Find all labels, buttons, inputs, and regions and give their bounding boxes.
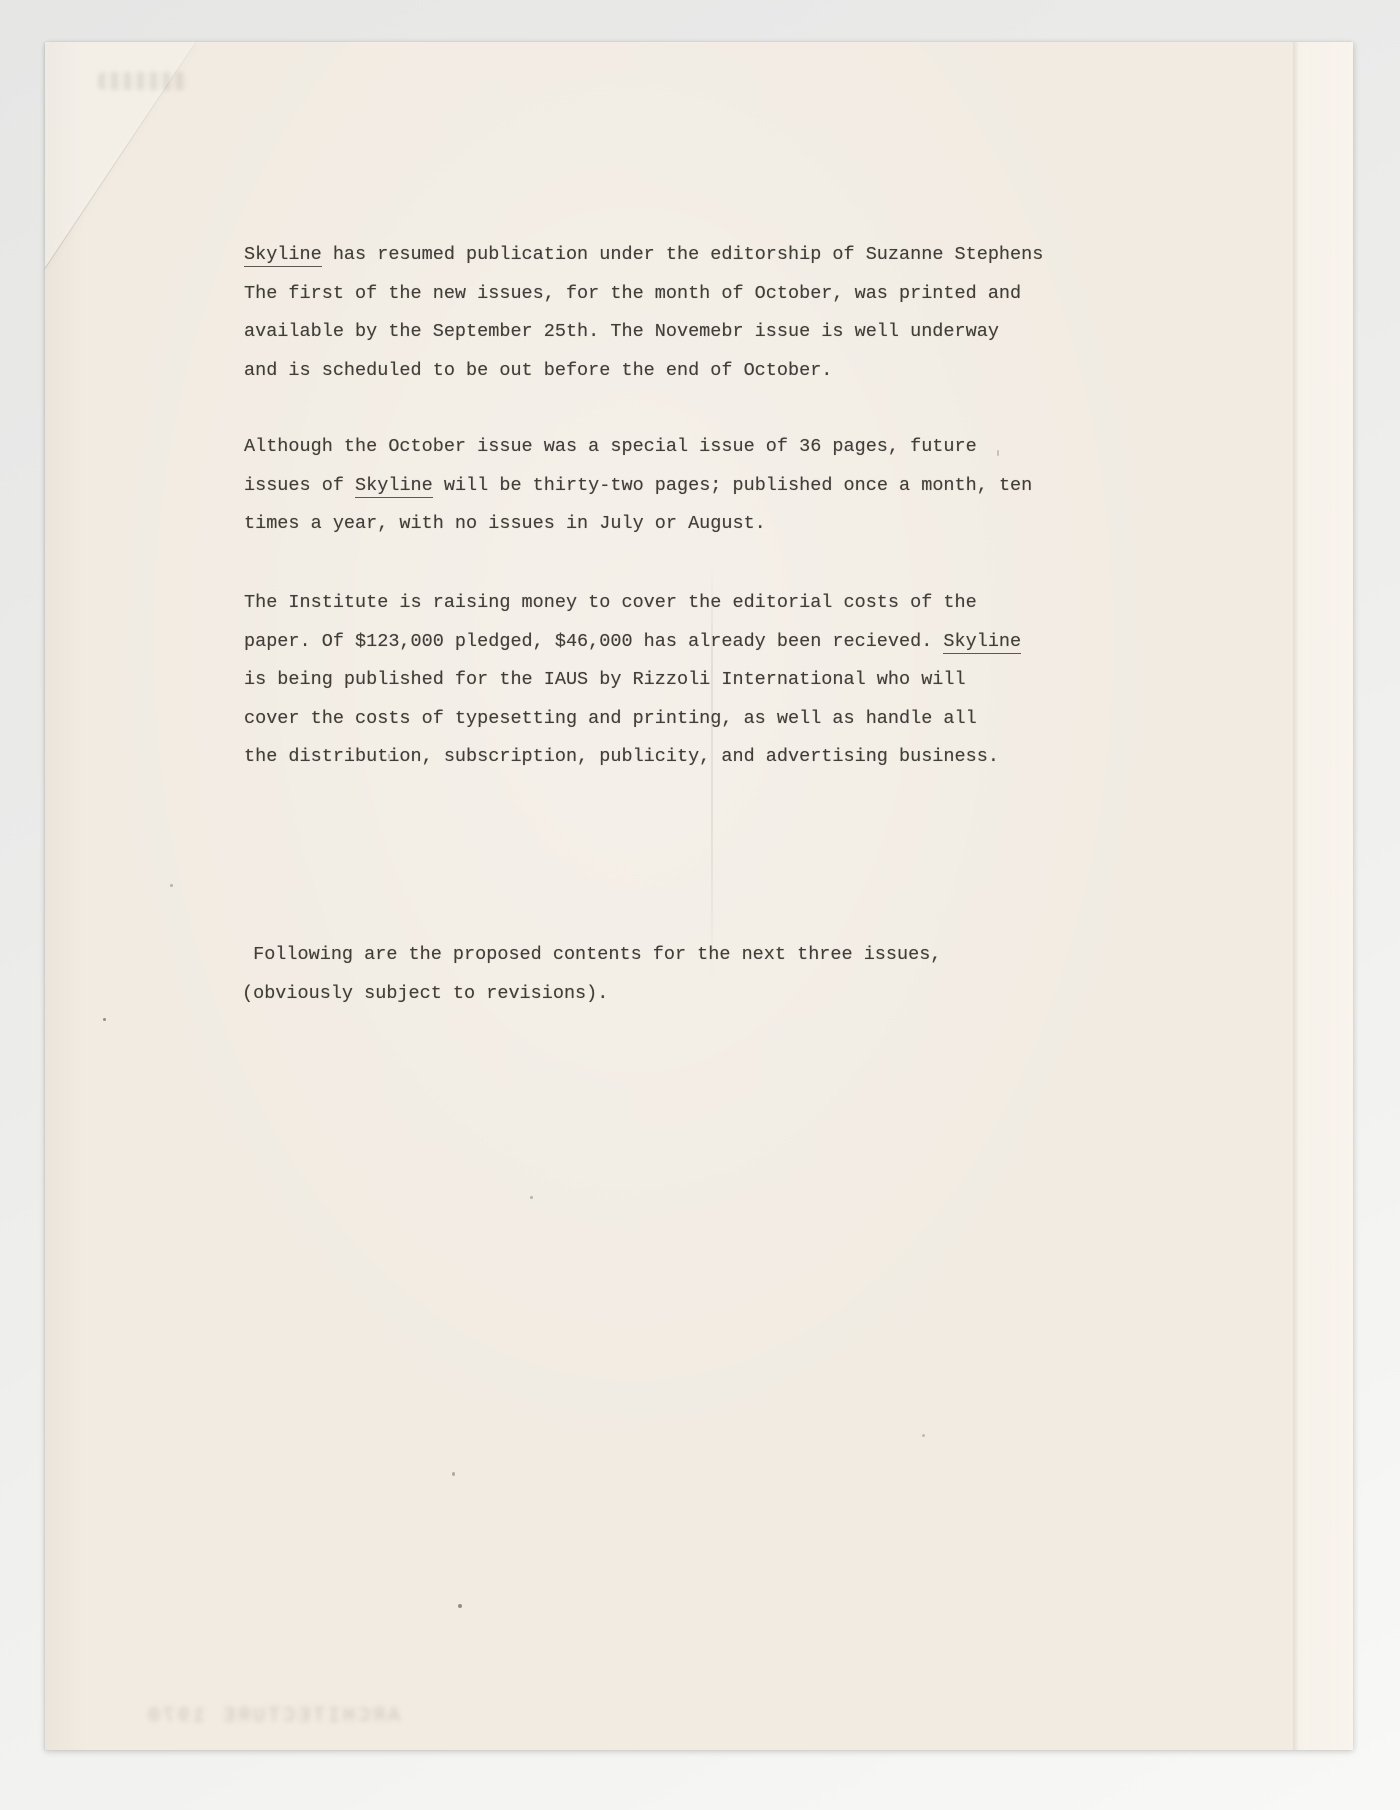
paragraph-4: Following are the proposed contents for … <box>242 936 941 1013</box>
paragraph-3: The Institute is raising money to cover … <box>244 584 1021 777</box>
paper-speck <box>103 1018 106 1021</box>
paper-speck <box>922 1434 925 1437</box>
text-line: (obviously subject to revisions). <box>242 975 941 1014</box>
text-line: times a year, with no issues in July or … <box>244 505 1032 544</box>
paragraph-1: Skyline has resumed publication under th… <box>244 236 1043 390</box>
text-line: available by the September 25th. The Nov… <box>244 313 1043 352</box>
text-line: Skyline has resumed publication under th… <box>244 236 1043 275</box>
text-line: is being published for the IAUS by Rizzo… <box>244 661 1021 700</box>
text-line: the distribution, subscription, publicit… <box>244 738 1021 777</box>
text-line: Following are the proposed contents for … <box>242 936 941 975</box>
underlined-title: Skyline <box>943 631 1021 654</box>
scan-background: { "colors": { "paper": "#f1ebe2", "ink":… <box>0 0 1400 1810</box>
paper-speck <box>452 1472 455 1476</box>
text-line: issues of Skyline will be thirty-two pag… <box>244 467 1032 506</box>
paragraph-2: Although the October issue was a special… <box>244 428 1032 544</box>
paper-speck <box>530 1196 533 1199</box>
bleedthrough-text: ARCHITECTURE 1970 <box>130 1700 400 1734</box>
underlined-title: Skyline <box>355 475 433 498</box>
text-line: and is scheduled to be out before the en… <box>244 352 1043 391</box>
text-line: paper. Of $123,000 pledged, $46,000 has … <box>244 623 1021 662</box>
text-line: Although the October issue was a special… <box>244 428 1032 467</box>
underlined-title: Skyline <box>244 244 322 267</box>
paper-speck <box>388 754 390 759</box>
paper-speck <box>997 450 999 456</box>
text-line: cover the costs of typesetting and print… <box>244 700 1021 739</box>
text-line: The first of the new issues, for the mon… <box>244 275 1043 314</box>
document-page: Skyline has resumed publication under th… <box>45 42 1353 1750</box>
text-line: The Institute is raising money to cover … <box>244 584 1021 623</box>
paper-speck <box>170 884 173 887</box>
paper-speck <box>458 1604 462 1608</box>
typewritten-text: Skyline has resumed publication under th… <box>45 42 1353 1750</box>
